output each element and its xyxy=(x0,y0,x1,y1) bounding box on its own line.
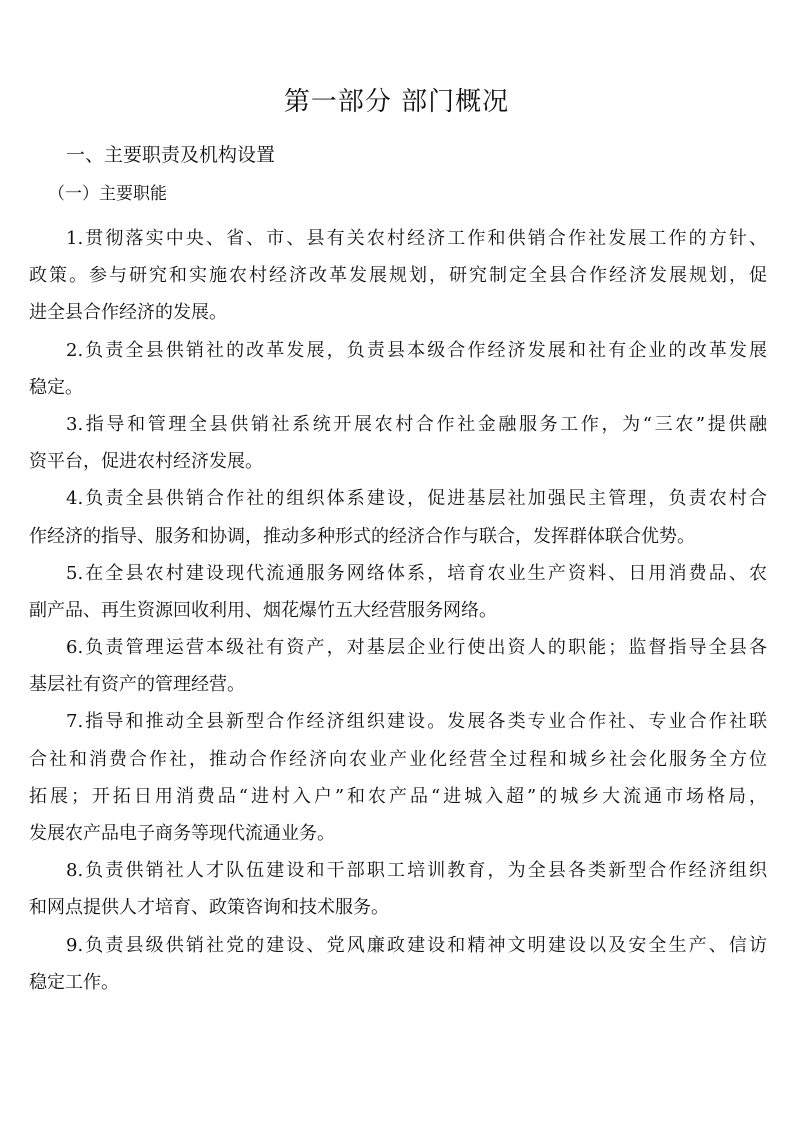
paragraph-line: 2.负责全县供销社的改革发展，负责县本级合作经济发展和社有企业的改革发展 xyxy=(29,332,767,369)
paragraph-line: 发展农产品电子商务等现代流通业务。 xyxy=(29,815,767,852)
paragraph-line: 8.负责供销社人才队伍建设和干部职工培训教育，为全县各类新型合作经济组织 xyxy=(29,852,767,889)
paragraph-line: 资平台，促进农村经济发展。 xyxy=(29,443,767,480)
paragraph-line: 稳定工作。 xyxy=(29,964,767,1001)
paragraph-line: 3.指导和管理全县供销社系统开展农村合作社金融服务工作，为“三农”提供融 xyxy=(29,406,767,443)
duty-paragraph-1: 1.贯彻落实中央、省、市、县有关农村经济工作和供销合作社发展工作的方针、 政策。… xyxy=(29,220,767,332)
paragraph-line: 5.在全县农村建设现代流通服务网络体系，培育农业生产资料、日用消费品、农 xyxy=(29,555,767,592)
paragraph-line: 和网点提供人才培育、政策咨询和技术服务。 xyxy=(29,889,767,926)
paragraph-line: 作经济的指导、服务和协调，推动多种形式的经济合作与联合，发挥群体联合优势。 xyxy=(29,518,767,555)
duty-paragraph-3: 3.指导和管理全县供销社系统开展农村合作社金融服务工作，为“三农”提供融 资平台… xyxy=(29,406,767,480)
duty-paragraph-2: 2.负责全县供销社的改革发展，负责县本级合作经济发展和社有企业的改革发展 稳定。 xyxy=(29,332,767,406)
paragraph-line: 稳定。 xyxy=(29,369,767,406)
paragraph-line: 9.负责县级供销社党的建设、党风廉政建设和精神文明建设以及安全生产、信访 xyxy=(29,927,767,964)
paragraph-line: 7.指导和推动全县新型合作经济组织建设。发展各类专业合作社、专业合作社联 xyxy=(29,703,767,740)
paragraph-line: 合社和消费合作社，推动合作经济向农业产业化经营全过程和城乡社会化服务全方位 xyxy=(29,741,767,778)
duty-paragraph-8: 8.负责供销社人才队伍建设和干部职工培训教育，为全县各类新型合作经济组织 和网点… xyxy=(29,852,767,926)
paragraph-line: 进全县合作经济的发展。 xyxy=(29,294,767,331)
page-title: 第一部分 部门概况 xyxy=(0,84,793,120)
duty-paragraph-7: 7.指导和推动全县新型合作经济组织建设。发展各类专业合作社、专业合作社联 合社和… xyxy=(29,703,767,852)
paragraph-line: 政策。参与研究和实施农村经济改革发展规划，研究制定全县合作经济发展规划，促 xyxy=(29,257,767,294)
duty-paragraph-9: 9.负责县级供销社党的建设、党风廉政建设和精神文明建设以及安全生产、信访 稳定工… xyxy=(29,927,767,1001)
duty-paragraph-6: 6.负责管理运营本级社有资产，对基层企业行使出资人的职能；监督指导全县各 基层社… xyxy=(29,629,767,703)
duty-paragraph-4: 4.负责全县供销合作社的组织体系建设，促进基层社加强民主管理，负责农村合 作经济… xyxy=(29,480,767,554)
paragraph-line: 基层社有资产的管理经营。 xyxy=(29,666,767,703)
paragraph-line: 4.负责全县供销合作社的组织体系建设，促进基层社加强民主管理，负责农村合 xyxy=(29,480,767,517)
paragraph-line: 副产品、再生资源回收利用、烟花爆竹五大经营服务网络。 xyxy=(29,592,767,629)
paragraph-line: 拓展；开拓日用消费品“进村入户”和农产品“进城入超”的城乡大流通市场格局， xyxy=(29,778,767,815)
document-page: 第一部分 部门概况 一、主要职责及机构设置 （一）主要职能 1.贯彻落实中央、省… xyxy=(0,0,793,1122)
paragraph-line: 1.贯彻落实中央、省、市、县有关农村经济工作和供销合作社发展工作的方针、 xyxy=(29,220,767,257)
section-heading: 一、主要职责及机构设置 xyxy=(66,141,275,169)
duty-paragraph-5: 5.在全县农村建设现代流通服务网络体系，培育农业生产资料、日用消费品、农 副产品… xyxy=(29,555,767,629)
paragraph-line: 6.负责管理运营本级社有资产，对基层企业行使出资人的职能；监督指导全县各 xyxy=(29,629,767,666)
subsection-heading: （一）主要职能 xyxy=(48,180,167,208)
duties-list: 1.贯彻落实中央、省、市、县有关农村经济工作和供销合作社发展工作的方针、 政策。… xyxy=(29,220,767,1001)
